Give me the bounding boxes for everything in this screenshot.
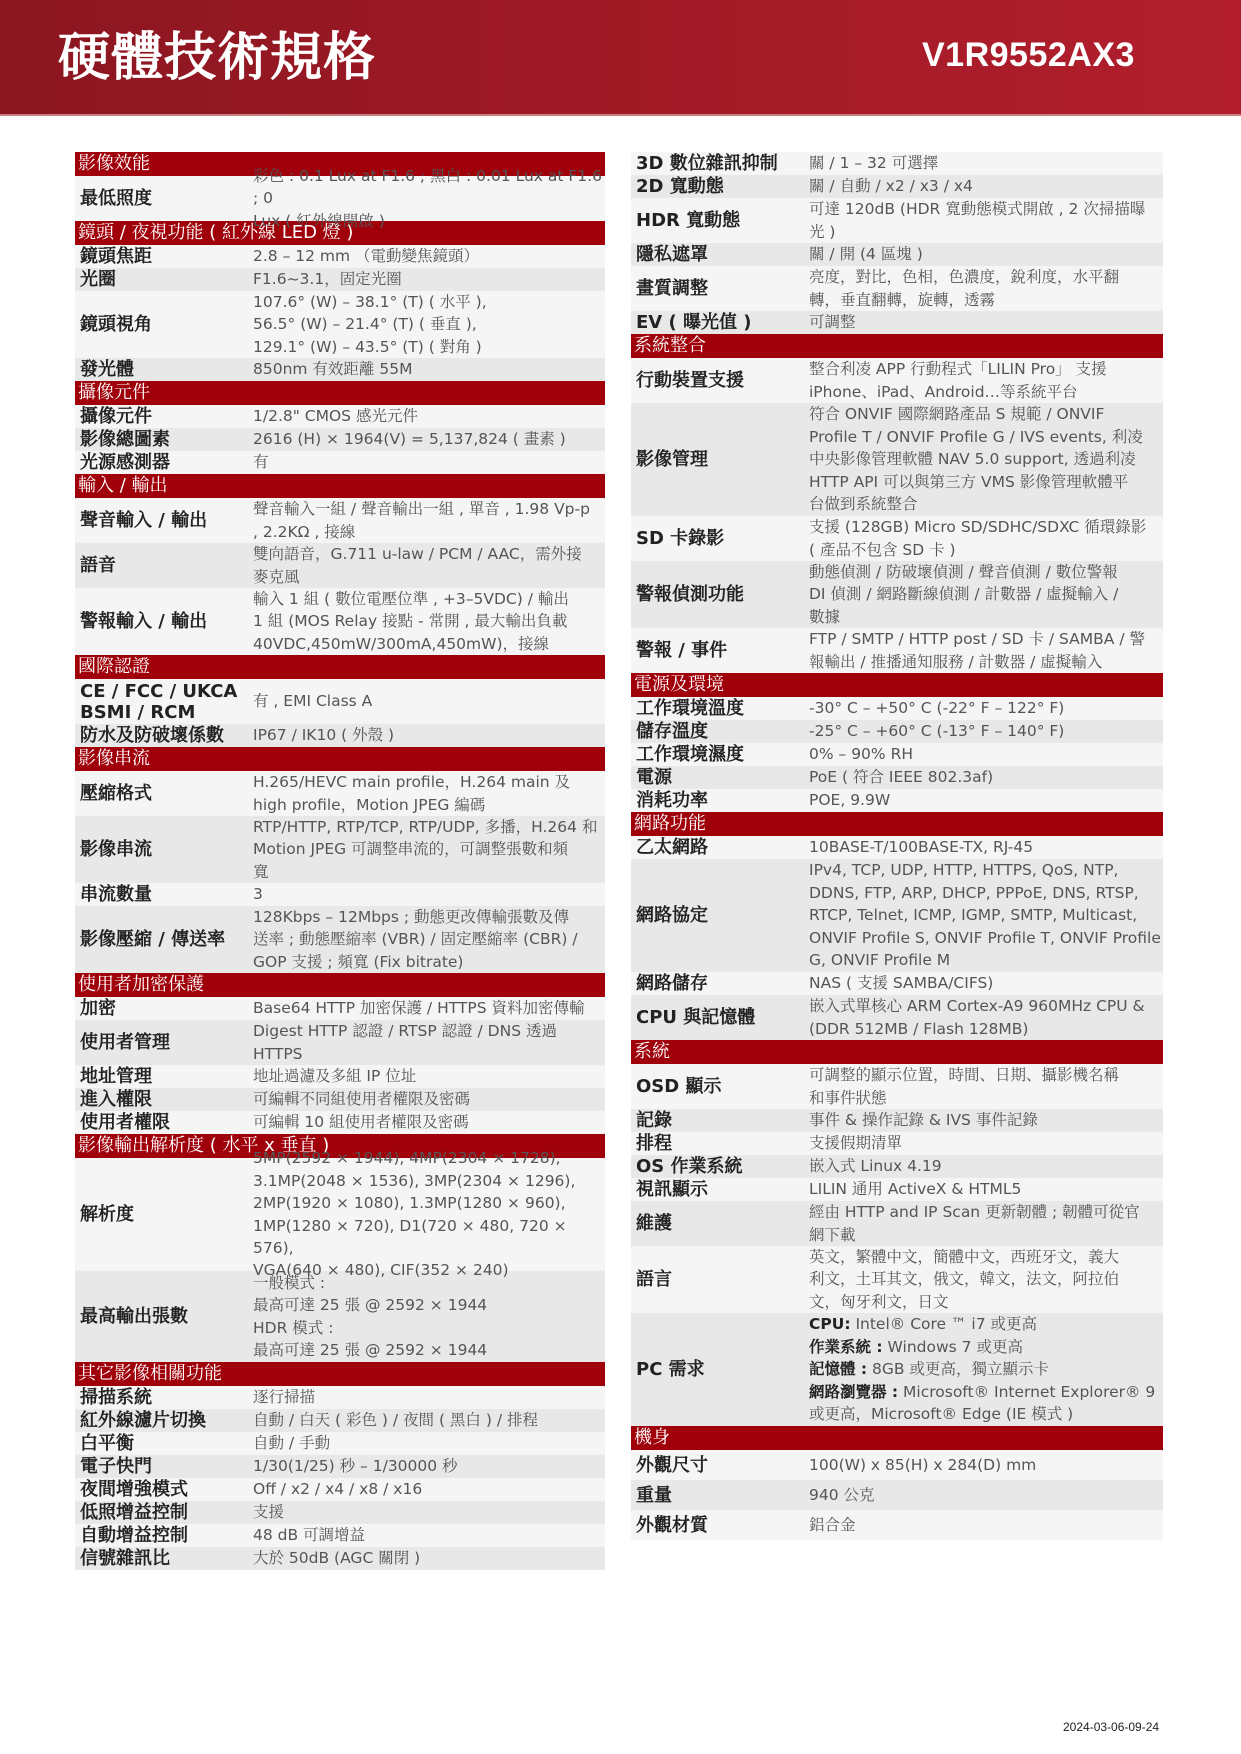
spec-row: PC 需求CPU: Intel® Core ™ i7 或更高作業系統 : Win…: [631, 1313, 1163, 1426]
spec-value: 輸入 1 組 ( 數位電壓位準 , +3–5VDC) / 輸出 1 組 (MOS…: [253, 588, 605, 655]
spec-value: 嵌入式單核心 ARM Cortex-A9 960MHz CPU & (DDR 5…: [809, 995, 1163, 1040]
spec-label: 發光體: [75, 359, 253, 380]
spec-column-left: 影像效能最低照度彩色 : 0.1 Lux at F1.6 ; 黑白 : 0.01…: [75, 152, 605, 1570]
spec-label: 隱私遮罩: [631, 244, 809, 265]
pc-requirement-text: Intel® Core ™ i7 或更高: [851, 1315, 1038, 1333]
section-header: 輸入 / 輸出: [75, 474, 605, 498]
spec-label: PC 需求: [631, 1359, 809, 1380]
spec-row: 最高輸出張數一般模式 : 最高可達 25 張 @ 2592 × 1944 HDR…: [75, 1271, 605, 1362]
spec-label: 串流數量: [75, 884, 253, 905]
spec-label: 警報 / 事件: [631, 640, 809, 661]
spec-value: 支援: [253, 1501, 605, 1523]
spec-value: 英文，繁體中文，簡體中文，西班牙文，義大 利文，土耳其文，俄文，韓文，法文，阿拉…: [809, 1246, 1163, 1313]
spec-row: 聲音輸入 / 輸出聲音輸入一組 / 聲音輸出一組 , 單音 , 1.98 Vp-…: [75, 498, 605, 543]
pc-requirement-text: Microsoft® Internet Explorer® 9: [898, 1383, 1155, 1401]
section-header: 網路功能: [631, 812, 1163, 836]
spec-label: 光源感測器: [75, 452, 253, 473]
spec-label: 攝像元件: [75, 406, 253, 427]
pc-requirement-line: 記憶體 : 8GB 或更高，獨立顯示卡: [809, 1358, 1161, 1380]
spec-value: 關 / 開 (4 區塊 ): [809, 243, 1163, 265]
spec-label: 自動增益控制: [75, 1525, 253, 1546]
spec-value: NAS ( 支援 SAMBA/CIFS): [809, 972, 1163, 994]
spec-value: 940 公克: [809, 1484, 1163, 1506]
spec-row: 使用者管理Digest HTTP 認證 / RTSP 認證 / DNS 透過 H…: [75, 1020, 605, 1065]
spec-label: 鏡頭視角: [75, 314, 253, 335]
spec-row: 維護經由 HTTP and IP Scan 更新韌體 ; 韌體可從官 網下載: [631, 1201, 1163, 1246]
footer-date: 2024-03-06-09-24: [1063, 1720, 1159, 1734]
spec-value: RTP/HTTP, RTP/TCP, RTP/UDP, 多播，H.264 和 M…: [253, 816, 605, 883]
spec-label: CPU 與記憶體: [631, 1007, 809, 1028]
spec-value: 支援假期清單: [809, 1132, 1163, 1154]
spec-value: Digest HTTP 認證 / RTSP 認證 / DNS 透過 HTTPS: [253, 1020, 605, 1065]
spec-value: 3: [253, 883, 605, 905]
pc-requirement-text: 或更高，Microsoft® Edge (IE 模式 ): [809, 1405, 1073, 1423]
spec-row: 重量940 公克: [631, 1480, 1163, 1510]
spec-row: HDR 寬動態可達 120dB (HDR 寬動態模式開啟 , 2 次掃描曝 光 …: [631, 198, 1163, 243]
spec-label: 解析度: [75, 1204, 253, 1225]
spec-row: 紅外線濾片切換自動 / 白天 ( 彩色 ) / 夜間 ( 黑白 ) / 排程: [75, 1409, 605, 1432]
spec-row: 光圈F1.6~3.1，固定光圈: [75, 268, 605, 291]
section-header: 系統整合: [631, 334, 1163, 358]
spec-value: 動態偵測 / 防破壞偵測 / 聲音偵測 / 數位警報 DI 偵測 / 網路斷線偵…: [809, 561, 1163, 628]
spec-row: CPU 與記憶體嵌入式單核心 ARM Cortex-A9 960MHz CPU …: [631, 995, 1163, 1040]
spec-label: 聲音輸入 / 輸出: [75, 510, 253, 531]
spec-value: 可達 120dB (HDR 寬動態模式開啟 , 2 次掃描曝 光 ): [809, 198, 1163, 243]
spec-label: 維護: [631, 1213, 809, 1234]
section-header: 影像串流: [75, 747, 605, 771]
section-header: 國際認證: [75, 655, 605, 679]
spec-row: 乙太網路10BASE-T/100BASE-TX, RJ-45: [631, 836, 1163, 859]
spec-value: 可調整的顯示位置，時間、日期、攝影機名稱 和事件狀態: [809, 1064, 1163, 1109]
spec-row: 發光體850nm 有效距離 55M: [75, 358, 605, 381]
spec-row: 影像串流RTP/HTTP, RTP/TCP, RTP/UDP, 多播，H.264…: [75, 816, 605, 883]
spec-label: 信號雜訊比: [75, 1548, 253, 1569]
spec-row: 影像壓縮 / 傳送率128Kbps – 12Mbps ; 動態更改傳輸張數及傳 …: [75, 906, 605, 973]
spec-label: 網路儲存: [631, 973, 809, 994]
spec-label: 影像總圖素: [75, 429, 253, 450]
spec-label: 加密: [75, 998, 253, 1019]
spec-row: 影像管理符合 ONVIF 國際網路產品 S 規範 / ONVIF Profile…: [631, 403, 1163, 516]
section-header: 攝像元件: [75, 381, 605, 405]
section-header: 機身: [631, 1426, 1163, 1450]
spec-row: 影像總圖素2616 (H) × 1964(V) = 5,137,824 ( 畫素…: [75, 428, 605, 451]
spec-row: 電源PoE ( 符合 IEEE 802.3af): [631, 766, 1163, 789]
spec-value: 嵌入式 Linux 4.19: [809, 1155, 1163, 1177]
spec-label: 最低照度: [75, 188, 253, 209]
spec-value: 2616 (H) × 1964(V) = 5,137,824 ( 畫素 ): [253, 428, 605, 450]
spec-row: 3D 數位雜訊抑制關 / 1 – 32 可選擇: [631, 152, 1163, 175]
spec-value: -25° C – +60° C (-13° F – 140° F): [809, 720, 1163, 742]
spec-value: 聲音輸入一組 / 聲音輸出一組 , 單音 , 1.98 Vp-p , 2.2KΩ…: [253, 498, 605, 543]
spec-value: 有: [253, 451, 605, 473]
spec-row: 網路協定IPv4, TCP, UDP, HTTP, HTTPS, QoS, NT…: [631, 859, 1163, 972]
spec-row: 語言英文，繁體中文，簡體中文，西班牙文，義大 利文，土耳其文，俄文，韓文，法文，…: [631, 1246, 1163, 1313]
pc-requirement-label: 作業系統 :: [809, 1338, 883, 1356]
page-title: 硬體技術規格: [58, 30, 376, 87]
spec-row: 語音雙向語音，G.711 u-law / PCM / AAC，需外接 麥克風: [75, 543, 605, 588]
spec-label: 警報偵測功能: [631, 584, 809, 605]
spec-value: 可編輯 10 組使用者權限及密碼: [253, 1111, 605, 1133]
spec-label: 工作環境濕度: [631, 744, 809, 765]
spec-row: 使用者權限可編輯 10 組使用者權限及密碼: [75, 1111, 605, 1134]
spec-value: PoE ( 符合 IEEE 802.3af): [809, 766, 1163, 788]
spec-row: 攝像元件1/2.8" CMOS 感光元件: [75, 405, 605, 428]
spec-label: 使用者權限: [75, 1112, 253, 1133]
spec-row: 白平衡自動 / 手動: [75, 1432, 605, 1455]
spec-row: 工作環境溫度-30° C – +50° C (-22° F – 122° F): [631, 697, 1163, 720]
spec-value: 可調整: [809, 311, 1163, 333]
spec-label: 壓縮格式: [75, 783, 253, 804]
spec-value: 100(W) x 85(H) x 284(D) mm: [809, 1454, 1163, 1476]
pc-requirement-label: 記憶體 :: [809, 1360, 867, 1378]
spec-label: 2D 寬動態: [631, 176, 809, 197]
spec-row: 電子快門1/30(1/25) 秒 – 1/30000 秒: [75, 1455, 605, 1478]
section-header: 其它影像相關功能: [75, 1362, 605, 1386]
spec-label: 電子快門: [75, 1456, 253, 1477]
spec-label: OSD 顯示: [631, 1076, 809, 1097]
spec-label: 語言: [631, 1269, 809, 1290]
pc-requirement-line: 作業系統 : Windows 7 或更高: [809, 1336, 1161, 1358]
spec-label: 地址管理: [75, 1066, 253, 1087]
spec-value: 107.6° (W) – 38.1° (T) ( 水平 ), 56.5° (W)…: [253, 291, 605, 358]
spec-label: 低照增益控制: [75, 1502, 253, 1523]
spec-row: 外觀尺寸100(W) x 85(H) x 284(D) mm: [631, 1450, 1163, 1480]
spec-label: 外觀材質: [631, 1515, 809, 1536]
spec-label: 影像管理: [631, 449, 809, 470]
spec-label: 防水及防破壞係數: [75, 725, 253, 746]
spec-label: 3D 數位雜訊抑制: [631, 153, 809, 174]
spec-row: 地址管理地址過濾及多組 IP 位址: [75, 1065, 605, 1088]
spec-row: EV ( 曝光值 )可調整: [631, 311, 1163, 334]
spec-value: 1/30(1/25) 秒 – 1/30000 秒: [253, 1455, 605, 1477]
spec-column-right: 3D 數位雜訊抑制關 / 1 – 32 可選擇2D 寬動態關 / 自動 / x2…: [631, 152, 1163, 1540]
spec-label: 掃描系統: [75, 1387, 253, 1408]
spec-value: 支援 (128GB) Micro SD/SDHC/SDXC 循環錄影 ( 產品不…: [809, 516, 1163, 561]
spec-label: 使用者管理: [75, 1032, 253, 1053]
spec-row: 工作環境濕度0% – 90% RH: [631, 743, 1163, 766]
spec-row: 光源感測器有: [75, 451, 605, 474]
spec-row: 警報 / 事件FTP / SMTP / HTTP post / SD 卡 / S…: [631, 628, 1163, 673]
spec-value: 850nm 有效距離 55M: [253, 358, 605, 380]
spec-label: 行動裝置支援: [631, 370, 809, 391]
spec-label: 儲存溫度: [631, 721, 809, 742]
spec-row: 壓縮格式H.265/HEVC main profile，H.264 main 及…: [75, 771, 605, 816]
spec-value: 一般模式 : 最高可達 25 張 @ 2592 × 1944 HDR 模式 : …: [253, 1272, 605, 1362]
spec-row: 信號雜訊比大於 50dB (AGC 關閉 ): [75, 1547, 605, 1570]
pc-requirement-label: 網路瀏覽器 :: [809, 1383, 898, 1401]
spec-row: 低照增益控制支援: [75, 1501, 605, 1524]
spec-value: IPv4, TCP, UDP, HTTP, HTTPS, QoS, NTP, D…: [809, 859, 1163, 971]
spec-value: Off / x2 / x4 / x8 / x16: [253, 1478, 605, 1500]
spec-label: 紅外線濾片切換: [75, 1410, 253, 1431]
spec-row: 自動增益控制48 dB 可調增益: [75, 1524, 605, 1547]
spec-value: FTP / SMTP / HTTP post / SD 卡 / SAMBA / …: [809, 628, 1163, 673]
spec-row: 解析度5MP(2592 × 1944), 4MP(2304 × 1728), 3…: [75, 1158, 605, 1271]
spec-row: 2D 寬動態關 / 自動 / x2 / x3 / x4: [631, 175, 1163, 198]
spec-value: 有 , EMI Class A: [253, 690, 605, 712]
spec-row: 夜間增強模式Off / x2 / x4 / x8 / x16: [75, 1478, 605, 1501]
spec-label: 光圈: [75, 269, 253, 290]
spec-row: 鏡頭視角107.6° (W) – 38.1° (T) ( 水平 ), 56.5°…: [75, 291, 605, 358]
spec-value: 自動 / 手動: [253, 1432, 605, 1454]
spec-value: 整合利凌 APP 行動程式「LILIN Pro」 支援 iPhone、iPad、…: [809, 358, 1163, 403]
spec-row: 進入權限可編輯不同組使用者權限及密碼: [75, 1088, 605, 1111]
spec-label: 語音: [75, 555, 253, 576]
spec-label: 記錄: [631, 1110, 809, 1131]
spec-value: F1.6~3.1，固定光圈: [253, 268, 605, 290]
spec-row: 加密Base64 HTTP 加密保護 / HTTPS 資料加密傳輸: [75, 997, 605, 1020]
spec-row: OSD 顯示可調整的顯示位置，時間、日期、攝影機名稱 和事件狀態: [631, 1064, 1163, 1109]
spec-row: 消耗功率POE, 9.9W: [631, 789, 1163, 812]
spec-label: 影像壓縮 / 傳送率: [75, 929, 253, 950]
spec-value: 128Kbps – 12Mbps ; 動態更改傳輸張數及傳 送率 ; 動態壓縮率…: [253, 906, 605, 973]
spec-row: 畫質調整亮度，對比，色相，色濃度，銳利度，水平翻 轉，垂直翻轉，旋轉，透霧: [631, 266, 1163, 311]
spec-value: 逐行掃描: [253, 1386, 605, 1408]
spec-value: LILIN 通用 ActiveX & HTML5: [809, 1178, 1163, 1200]
spec-label: HDR 寬動態: [631, 210, 809, 231]
spec-row: 警報偵測功能動態偵測 / 防破壞偵測 / 聲音偵測 / 數位警報 DI 偵測 /…: [631, 561, 1163, 628]
spec-row: 串流數量3: [75, 883, 605, 906]
spec-label: 鏡頭焦距: [75, 246, 253, 267]
spec-label: 乙太網路: [631, 837, 809, 858]
spec-row: 外觀材質鋁合金: [631, 1510, 1163, 1540]
spec-row: OS 作業系統嵌入式 Linux 4.19: [631, 1155, 1163, 1178]
spec-value: 經由 HTTP and IP Scan 更新韌體 ; 韌體可從官 網下載: [809, 1201, 1163, 1246]
spec-value: 符合 ONVIF 國際網路產品 S 規範 / ONVIF Profile T /…: [809, 403, 1163, 515]
spec-value: 0% – 90% RH: [809, 743, 1163, 765]
spec-label: CE / FCC / UKCA BSMI / RCM: [75, 681, 253, 723]
spec-value: 亮度，對比，色相，色濃度，銳利度，水平翻 轉，垂直翻轉，旋轉，透霧: [809, 266, 1163, 311]
spec-row: 視訊顯示LILIN 通用 ActiveX & HTML5: [631, 1178, 1163, 1201]
spec-value: 關 / 自動 / x2 / x3 / x4: [809, 175, 1163, 197]
spec-row: 警報輸入 / 輸出輸入 1 組 ( 數位電壓位準 , +3–5VDC) / 輸出…: [75, 588, 605, 655]
spec-value: 地址過濾及多組 IP 位址: [253, 1065, 605, 1087]
pc-requirement-label: CPU:: [809, 1315, 851, 1333]
pc-requirement-line: 網路瀏覽器 : Microsoft® Internet Explorer® 9: [809, 1381, 1161, 1403]
spec-value: 1/2.8" CMOS 感光元件: [253, 405, 605, 427]
spec-row: 防水及防破壞係數IP67 / IK10 ( 外殼 ): [75, 724, 605, 747]
spec-label: 夜間增強模式: [75, 1479, 253, 1500]
spec-label: EV ( 曝光值 ): [631, 312, 809, 333]
spec-label: SD 卡錄影: [631, 528, 809, 549]
spec-label: 影像串流: [75, 839, 253, 860]
spec-label: 警報輸入 / 輸出: [75, 611, 253, 632]
spec-value: -30° C – +50° C (-22° F – 122° F): [809, 697, 1163, 719]
spec-value: 大於 50dB (AGC 關閉 ): [253, 1547, 605, 1569]
pc-requirement-line: 或更高，Microsoft® Edge (IE 模式 ): [809, 1403, 1161, 1425]
spec-label: 視訊顯示: [631, 1179, 809, 1200]
spec-value: 5MP(2592 × 1944), 4MP(2304 × 1728), 3.1M…: [253, 1147, 605, 1281]
section-header: 電源及環境: [631, 673, 1163, 697]
spec-value: 自動 / 白天 ( 彩色 ) / 夜間 ( 黑白 ) / 排程: [253, 1409, 605, 1431]
spec-value: 2.8 – 12 mm （電動變焦鏡頭）: [253, 245, 605, 267]
spec-value: 關 / 1 – 32 可選擇: [809, 152, 1163, 174]
spec-label: 白平衡: [75, 1433, 253, 1454]
section-header: 系統: [631, 1040, 1163, 1064]
model-number: V1R9552AX3: [922, 36, 1135, 75]
spec-value: 10BASE-T/100BASE-TX, RJ-45: [809, 836, 1163, 858]
spec-label: 進入權限: [75, 1089, 253, 1110]
spec-value: Base64 HTTP 加密保護 / HTTPS 資料加密傳輸: [253, 997, 605, 1019]
spec-label: 網路協定: [631, 905, 809, 926]
section-header: 使用者加密保護: [75, 973, 605, 997]
spec-value: 雙向語音，G.711 u-law / PCM / AAC，需外接 麥克風: [253, 543, 605, 588]
spec-label: OS 作業系統: [631, 1156, 809, 1177]
spec-row: 網路儲存NAS ( 支援 SAMBA/CIFS): [631, 972, 1163, 995]
spec-row: 行動裝置支援整合利凌 APP 行動程式「LILIN Pro」 支援 iPhone…: [631, 358, 1163, 403]
spec-label: 工作環境溫度: [631, 698, 809, 719]
spec-value: 鋁合金: [809, 1514, 1163, 1536]
page-header: 硬體技術規格 V1R9552AX3: [0, 0, 1241, 116]
pc-requirement-line: CPU: Intel® Core ™ i7 或更高: [809, 1313, 1161, 1335]
pc-requirement-text: 8GB 或更高，獨立顯示卡: [867, 1360, 1049, 1378]
spec-label: 最高輸出張數: [75, 1306, 253, 1327]
spec-label: 外觀尺寸: [631, 1455, 809, 1476]
spec-label: 消耗功率: [631, 790, 809, 811]
spec-row: 最低照度彩色 : 0.1 Lux at F1.6 ; 黑白 : 0.01 Lux…: [75, 176, 605, 221]
spec-row: 鏡頭焦距2.8 – 12 mm （電動變焦鏡頭）: [75, 245, 605, 268]
spec-value: 48 dB 可調增益: [253, 1524, 605, 1546]
spec-label: 排程: [631, 1133, 809, 1154]
spec-value: 可編輯不同組使用者權限及密碼: [253, 1088, 605, 1110]
spec-row: 儲存溫度-25° C – +60° C (-13° F – 140° F): [631, 720, 1163, 743]
spec-label: 畫質調整: [631, 278, 809, 299]
spec-row: SD 卡錄影支援 (128GB) Micro SD/SDHC/SDXC 循環錄影…: [631, 516, 1163, 561]
spec-row: 掃描系統逐行掃描: [75, 1386, 605, 1409]
spec-label: 重量: [631, 1485, 809, 1506]
pc-requirement-text: Windows 7 或更高: [883, 1338, 1023, 1356]
spec-value: IP67 / IK10 ( 外殼 ): [253, 724, 605, 746]
spec-label: 電源: [631, 767, 809, 788]
spec-value: H.265/HEVC main profile，H.264 main 及 hig…: [253, 771, 605, 816]
spec-row: 排程支援假期清單: [631, 1132, 1163, 1155]
spec-value: POE, 9.9W: [809, 789, 1163, 811]
spec-row: 隱私遮罩關 / 開 (4 區塊 ): [631, 243, 1163, 266]
spec-value: CPU: Intel® Core ™ i7 或更高作業系統 : Windows …: [809, 1313, 1163, 1425]
spec-row: CE / FCC / UKCA BSMI / RCM有 , EMI Class …: [75, 679, 605, 724]
spec-row: 記錄事件 & 操作記錄 & IVS 事件記錄: [631, 1109, 1163, 1132]
spec-value: 事件 & 操作記錄 & IVS 事件記錄: [809, 1109, 1163, 1131]
